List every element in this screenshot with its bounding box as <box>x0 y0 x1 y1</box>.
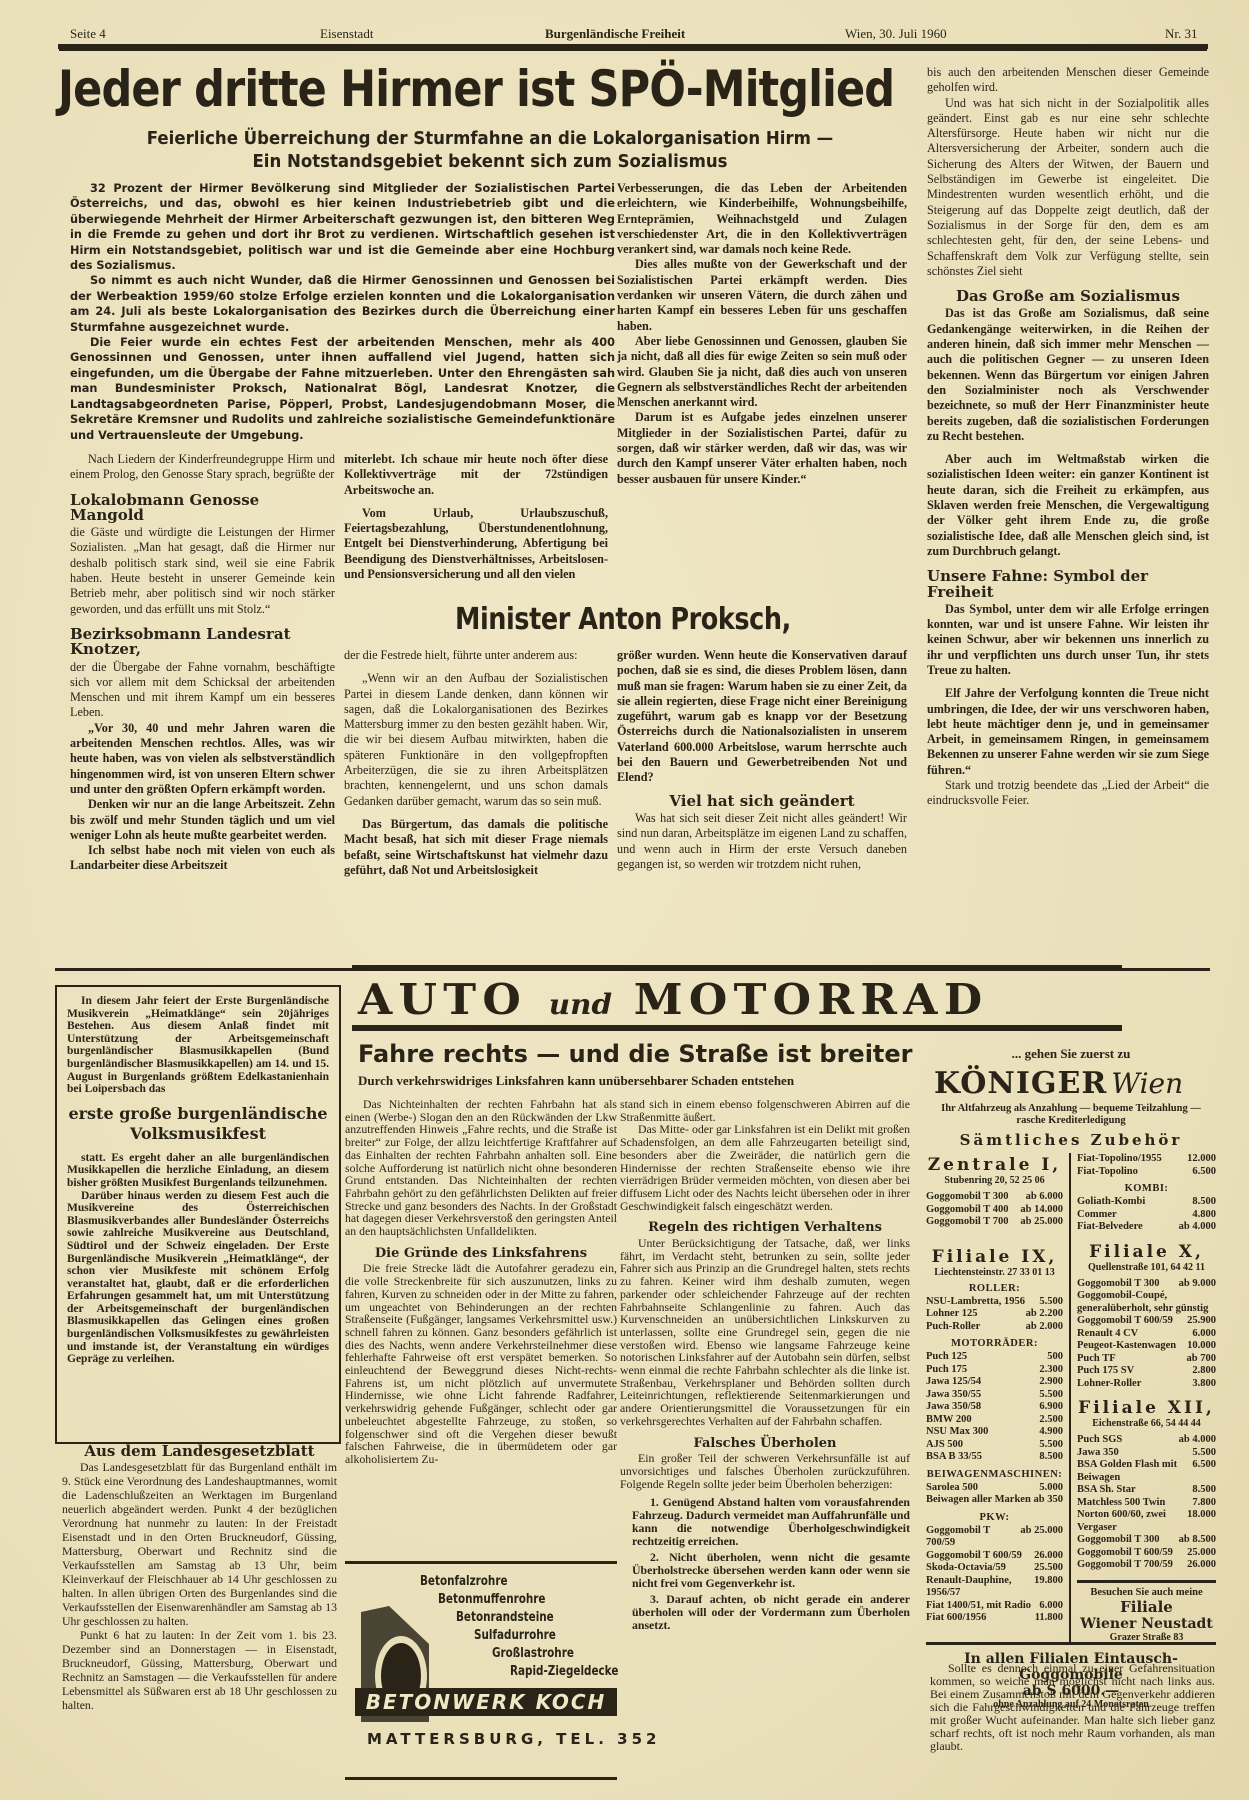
price-list-row: BSA Golden Flash mit Beiwagen6.500 <box>1077 1459 1216 1484</box>
koniger-offer: Ihr Altfahrzeug als Anzahlung — bequeme … <box>926 1103 1216 1127</box>
subheading-fahne: Unsere Fahne: Symbol der Freiheit <box>927 569 1209 600</box>
price-list-row: Matchless 500 Twin7.800 <box>1077 1497 1216 1510</box>
price-list-row: Jawa 3505.500 <box>1077 1447 1216 1460</box>
price-list-row: Goggomobil T 300ab 8.500 <box>1077 1534 1216 1547</box>
subheading-ueberholen: Falsches Überholen <box>620 1438 910 1451</box>
price-list-row: Jawa 350/586.900 <box>926 1401 1063 1414</box>
price-list-row: Puch SGSab 4.000 <box>1077 1434 1216 1447</box>
auto-column-b: stand sich in einem ebenso folgenschwere… <box>620 1098 910 1631</box>
subheading-knotzer: Bezirksobmann Landesrat Knotzer, <box>70 627 335 658</box>
koniger-brand-script: Wien <box>1111 1067 1183 1100</box>
price-list-row: AJS 5005.500 <box>926 1439 1063 1452</box>
price-list-row: Skoda-Octavia/5925.500 <box>926 1562 1063 1575</box>
masthead: Seite 4 Eisenstadt Burgenländische Freih… <box>70 24 1210 44</box>
price-list-row: Goggomobil T 300ab 6.000 <box>926 1191 1063 1204</box>
price-list-row: Puch 175 SV2.800 <box>1077 1365 1216 1378</box>
musikfest-box: In diesem Jahr feiert der Erste Burgenlä… <box>55 985 341 1444</box>
price-list-row: Fiat 1400/51, mit Radio6.000 <box>926 1600 1063 1613</box>
article-column-2b: der die Festrede hielt, führte unter and… <box>344 648 608 878</box>
article-column-2: miterlebt. Ich schaue mir heute noch öft… <box>344 452 608 582</box>
auto-motorrad-banner: AUTO und MOTORRAD <box>358 975 988 1024</box>
auto-subhead: Durch verkehrswidriges Linksfahren kann … <box>358 1073 794 1089</box>
price-list-row: Jawa 125/542.900 <box>926 1376 1063 1389</box>
masthead-rule <box>58 44 1208 49</box>
price-list-row: Jawa 350/555.500 <box>926 1389 1063 1402</box>
betonwerk-contact: MATTERSBURG, TEL. 352 <box>367 1730 660 1748</box>
price-list-row: Renault-Dauphine, 1956/5719.800 <box>926 1575 1063 1600</box>
price-list-row: Fiat-Topolino6.500 <box>1077 1166 1216 1179</box>
article-column-4: bis auch den arbeitenden Menschen dieser… <box>927 65 1209 809</box>
issue-number: Nr. 31 <box>1165 26 1198 42</box>
price-list-row: Goggomobil T 600/5925.000 <box>1077 1547 1216 1560</box>
price-list-row: Goggomobil T 400ab 14.000 <box>926 1204 1063 1217</box>
price-list-row: Renault 4 CV6.000 <box>1077 1328 1216 1341</box>
overtaking-rules: 1. Genügend Abstand halten vom vorausfah… <box>620 1496 910 1631</box>
betonwerk-koch-ad: Betonfalzrohre Betonmuffenrohre Betonran… <box>345 1566 617 1776</box>
betonwerk-company: BETONWERK KOCH <box>355 1688 617 1716</box>
price-list-row: Goggomobil T 600/5926.000 <box>926 1550 1063 1563</box>
subheading-gruende: Die Gründe des Linksfahrens <box>345 1248 617 1261</box>
landesgesetzblatt-article: Aus dem Landesgesetzblatt Das Landesgese… <box>62 1438 337 1712</box>
price-list-row: Fiat-Belvedereab 4.000 <box>1077 1221 1216 1234</box>
price-list-row: Lohner-Roller3.800 <box>1077 1378 1216 1391</box>
paper-name: Burgenländische Freiheit <box>545 26 685 42</box>
price-list-row: BSA Sh. Star8.500 <box>1077 1484 1216 1497</box>
auto-closing-paragraph: Sollte es dennoch einmal zu einer Gefahr… <box>930 1662 1215 1753</box>
price-list-row: Goggomobil T 600/5925.900 <box>1077 1315 1216 1328</box>
price-list-row: Sarolea 5005.000 <box>926 1482 1063 1495</box>
edition-place: Eisenstadt <box>320 26 373 42</box>
article-lead: 32 Prozent der Hirmer Bevölkerung sind M… <box>70 181 615 443</box>
price-list-row: Goliath-Kombi8.500 <box>1077 1196 1216 1209</box>
newspaper-page: Seite 4 Eisenstadt Burgenländische Freih… <box>0 0 1249 1800</box>
price-list-row: NSU Max 3004.900 <box>926 1426 1063 1439</box>
section-divider <box>55 968 1210 971</box>
main-headline: Jeder dritte Hirmer ist SPÖ-Mitglied <box>58 64 894 114</box>
auto-headline: Fahre rechts — und die Straße ist breite… <box>358 1040 913 1068</box>
price-list-row: Puch-Rollerab 2.000 <box>926 1321 1063 1334</box>
price-list-row: BMW 2002.500 <box>926 1414 1063 1427</box>
price-list-row: Commer4.800 <box>1077 1209 1216 1222</box>
banner-rule <box>352 1025 1122 1031</box>
koniger-tagline: ... gehen Sie zuerst zu <box>926 1046 1216 1062</box>
price-list-row: Puch 125500 <box>926 1351 1063 1364</box>
price-list-row: Goggomobil T 300ab 9.000 <box>1077 1278 1216 1291</box>
price-list-row: BSA B 33/558.500 <box>926 1451 1063 1464</box>
price-list-row: NSU-Lambretta, 19565.500 <box>926 1296 1063 1309</box>
main-subhead-1: Feierliche Überreichung der Sturmfahne a… <box>122 128 858 150</box>
price-list-row: Fiat-Topolino/195512.000 <box>1077 1153 1216 1166</box>
price-list-row: Goggomobil T 700/59ab 25.000 <box>926 1525 1063 1550</box>
price-list-row: Puch 1752.300 <box>926 1364 1063 1377</box>
minister-headline: Minister Anton Proksch, <box>455 602 791 637</box>
auto-column-a: Das Nichteinhalten der rechten Fahrbahn … <box>345 1098 617 1466</box>
subheading-regeln: Regeln des richtigen Verhaltens <box>620 1222 910 1235</box>
price-list-row: Lohner 125ab 2.200 <box>926 1308 1063 1321</box>
page-number: Seite 4 <box>70 26 106 42</box>
issue-date: Wien, 30. Juli 1960 <box>845 26 947 42</box>
subheading-grosse-sozialismus: Das Große am Sozialismus <box>927 289 1209 304</box>
price-list-row: Fiat 600/195611.800 <box>926 1612 1063 1625</box>
price-list-row: Goggomobil T 700ab 25.000 <box>926 1216 1063 1229</box>
koniger-ad: ... gehen Sie zuerst zu KÖNIGER Wien Ihr… <box>926 1046 1216 1710</box>
koniger-brand: KÖNIGER <box>934 1066 1107 1101</box>
koniger-left-column: Zentrale I, Stubenring 20, 52 25 06 Gogg… <box>926 1153 1071 1643</box>
main-subhead-2: Ein Notstandsgebiet bekennt sich zum Soz… <box>122 151 858 173</box>
musikfest-title: erste große burgenländische Volksmusikfe… <box>67 1104 329 1144</box>
article-column-3: Verbesserungen, die das Leben der Arbeit… <box>617 181 907 487</box>
koniger-right-column: Fiat-Topolino/195512.000Fiat-Topolino6.5… <box>1071 1153 1216 1643</box>
price-list-row: Beiwagen aller Markenab 350 <box>926 1494 1063 1507</box>
article-column-1: Nach Liedern der Kinderfreundegruppe Hir… <box>70 452 335 874</box>
koniger-visit-box: Besuchen Sie auch meine Filiale Wiener N… <box>1077 1580 1216 1643</box>
price-list-row: Goggomobil T 700/5926.000 <box>1077 1559 1216 1572</box>
subheading-mangold: Lokalobmann Genosse Mangold <box>70 493 335 524</box>
koniger-accessories: Sämtliches Zubehör <box>926 1131 1216 1149</box>
landesgesetzblatt-title: Aus dem Landesgesetzblatt <box>62 1444 337 1458</box>
article-column-3b: größer wurden. Wenn heute die Konservati… <box>617 648 907 872</box>
price-list-row: Norton 600/60, zwei Vergaser18.000 <box>1077 1509 1216 1534</box>
subheading-viel-geaendert: Viel hat sich geändert <box>617 794 907 809</box>
price-list-row: Puch TFab 700 <box>1077 1353 1216 1366</box>
price-list-row: Peugeot-Kastenwagen10.000 <box>1077 1340 1216 1353</box>
price-list-row: Goggomobil-Coupé, generalüberholt, sehr … <box>1077 1290 1216 1315</box>
